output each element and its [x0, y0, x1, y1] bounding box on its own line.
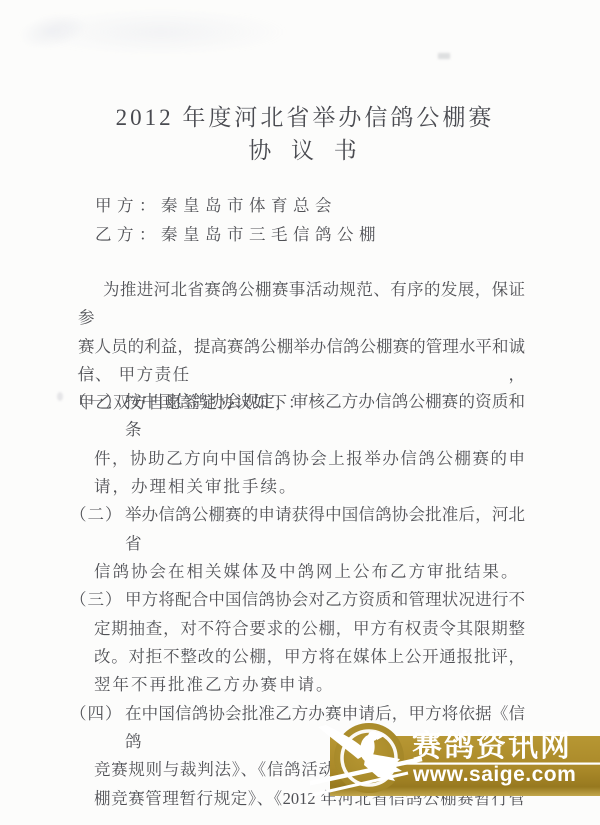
clause-line: 件，协助乙方向中国信鸽协会上报举办信鸽公棚赛的申 — [94, 445, 525, 473]
section-heading: 一、 甲方责任 — [77, 361, 191, 389]
party-b-line: 乙方：秦皇岛市三毛信鸽公棚 — [95, 220, 381, 249]
clause-item-1: （一） 按中国信鸽协会规定，审核乙方办信鸽公棚赛的资质和条 件，协助乙方向中国信… — [70, 388, 525, 501]
clause-marker: （三） — [70, 586, 123, 614]
clause-line: 按中国信鸽协会规定，审核乙方办信鸽公棚赛的资质和条 — [125, 388, 525, 445]
document-title-line1: 2012 年度河北省举办信鸽公棚赛 — [0, 99, 600, 132]
clause-marker: （一） — [70, 388, 123, 416]
watermark-site-name: 赛鸽资讯网 — [412, 731, 572, 763]
clause-line: 甲方将配合中国信鸽协会对乙方资质和管理状况进行不 — [125, 586, 525, 614]
scan-smudge — [55, 8, 290, 56]
party-a-line: 甲方：秦皇岛市体育总会 — [95, 191, 381, 220]
document-title-line2: 协 议 书 — [0, 132, 600, 165]
clause-line: 请，办理相关审批手续。 — [94, 473, 525, 501]
watermark-site-url: www.saige.com — [413, 764, 576, 786]
scanned-agreement-page: 2012 年度河北省举办信鸽公棚赛 协 议 书 甲方：秦皇岛市体育总会 乙方：秦… — [0, 0, 600, 825]
clause-marker: （二） — [70, 501, 123, 529]
clause-line: 定期抽查，对不符合要求的公棚，甲方有权责令其限期整 — [94, 615, 525, 643]
parties-block: 甲方：秦皇岛市体育总会 乙方：秦皇岛市三毛信鸽公棚 — [95, 191, 381, 249]
clause-line: 翌年不再批准乙方办赛申请。 — [94, 671, 525, 699]
clause-item-2: （二） 举办信鸽公棚赛的申请获得中国信鸽协会批准后，河北省 信鸽协会在相关媒体及… — [70, 501, 525, 586]
clause-line: 改。对拒不整改的公棚，甲方将在媒体上公开通报批评， — [94, 643, 525, 671]
scan-smudge — [438, 53, 450, 59]
clause-line: 举办信鸽公棚赛的申请获得中国信鸽协会批准后，河北省 — [125, 501, 525, 558]
clause-marker: （四） — [70, 700, 123, 728]
scan-smudge — [57, 392, 63, 401]
clause-line: 信鸽协会在相关媒体及中鸽网上公布乙方审批结果。 — [94, 558, 525, 586]
saige-watermark: 赛鸽资讯网 www.saige.com — [310, 723, 600, 803]
intro-line: 为推进河北省赛鸽公棚赛事活动规范、有序的发展，保证参 — [78, 276, 525, 333]
clause-item-3: （三） 甲方将配合中国信鸽协会对乙方资质和管理状况进行不 定期抽查，对不符合要求… — [70, 586, 525, 699]
